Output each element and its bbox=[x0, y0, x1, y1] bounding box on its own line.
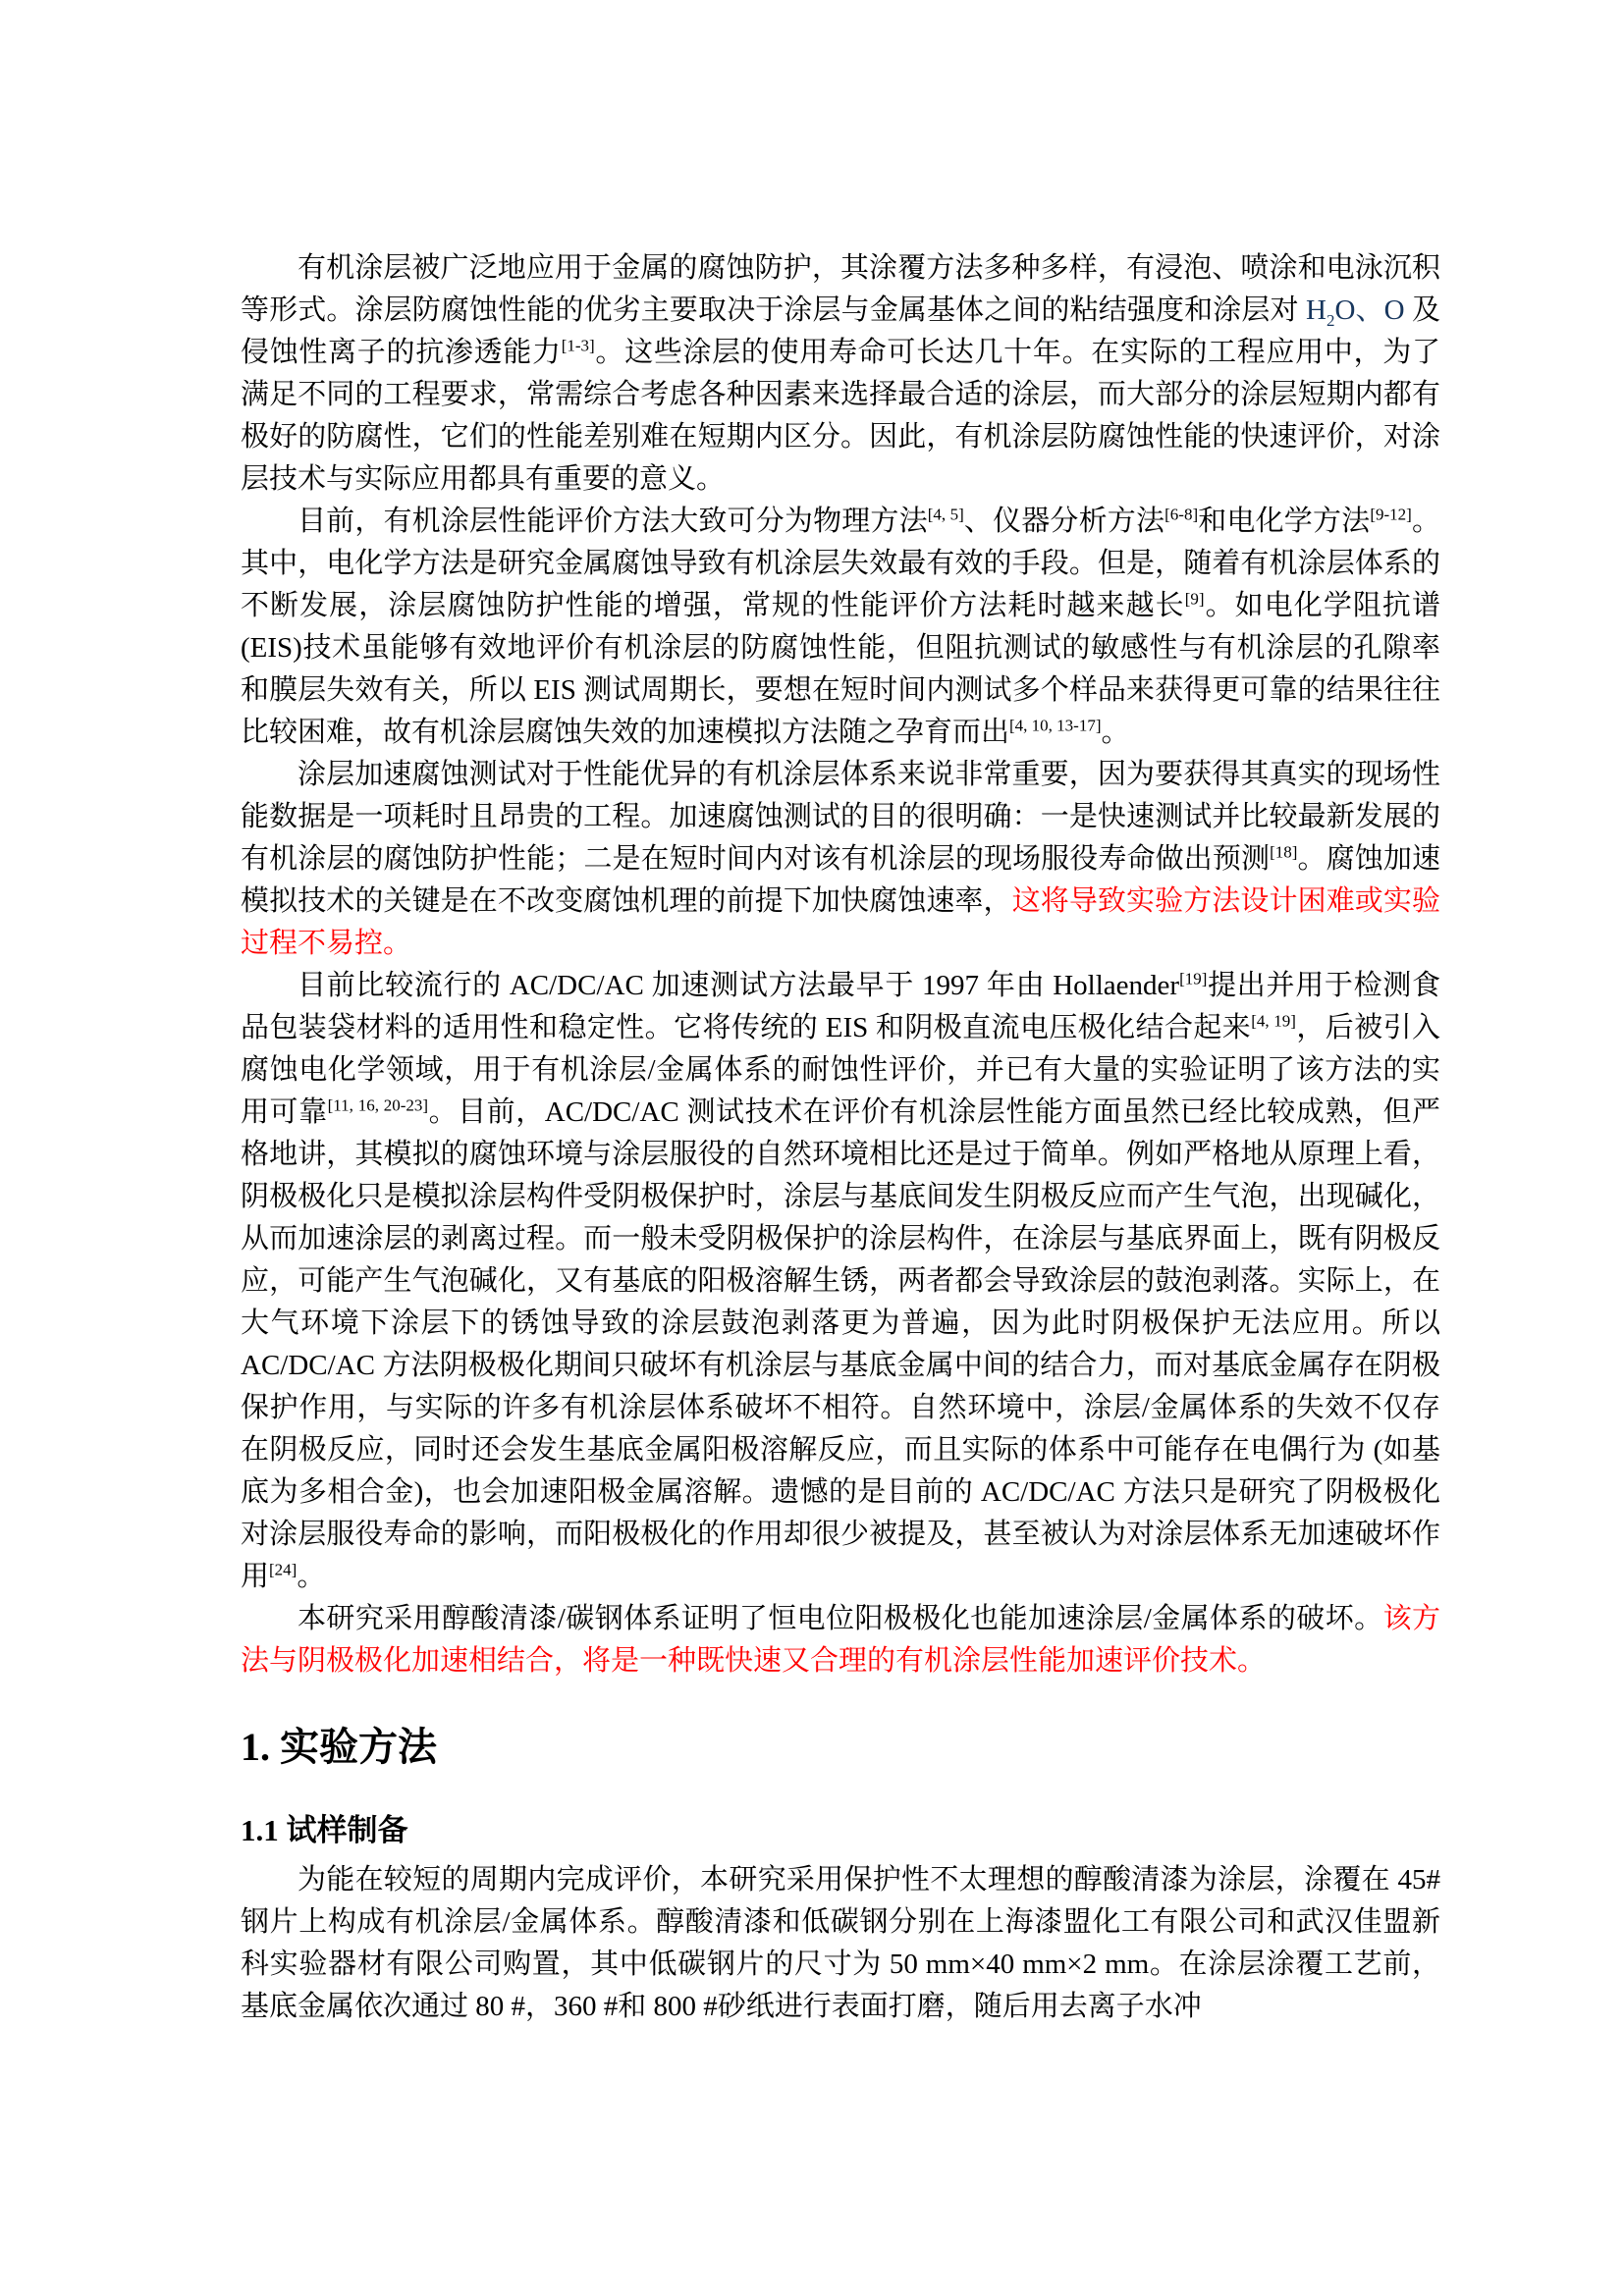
intro-paragraph-1: 有机涂层被广泛地应用于金属的腐蚀防护，其涂覆方法多种多样，有浸泡、喷涂和电泳沉积… bbox=[241, 247, 1440, 501]
citation-superscript: [9] bbox=[1185, 589, 1205, 608]
intro-paragraph-4: 目前比较流行的 AC/DC/AC 加速测试方法最早于 1997 年由 Holla… bbox=[241, 965, 1440, 1598]
text-segment: 1. 实验方法 bbox=[241, 1725, 437, 1769]
text-segment: 。 bbox=[297, 1561, 325, 1592]
citation-superscript: [11, 16, 20-23] bbox=[328, 1095, 428, 1114]
text-segment: 本研究采用醇酸清漆/碳钢体系证明了恒电位阳极极化也能加速涂层/金属体系的破坏。 bbox=[298, 1603, 1383, 1634]
citation-superscript: [6-8] bbox=[1164, 505, 1198, 523]
text-segment: 。 bbox=[1102, 717, 1130, 748]
methods-paragraph-1: 为能在较短的周期内完成评价，本研究采用保护性不太理想的醇酸清漆为涂层，涂覆在 4… bbox=[241, 1859, 1440, 2028]
intro-paragraph-3: 涂层加速腐蚀测试对于性能优异的有机涂层体系来说非常重要，因为要获得其真实的现场性… bbox=[241, 754, 1440, 965]
citation-superscript: [24] bbox=[269, 1560, 297, 1578]
citation-superscript: [4, 19] bbox=[1251, 1011, 1296, 1030]
text-segment: 目前，有机涂层性能评价方法大致可分为物理方法 bbox=[298, 506, 928, 537]
intro-paragraph-2: 目前，有机涂层性能评价方法大致可分为物理方法[4, 5]、仪器分析方法[6-8]… bbox=[241, 501, 1440, 754]
text-segment: 为能在较短的周期内完成评价，本研究采用保护性不太理想的醇酸清漆为涂层，涂覆在 4… bbox=[241, 1864, 1440, 2022]
citation-superscript: [4, 5] bbox=[928, 505, 964, 523]
text-segment: O、O bbox=[1334, 294, 1404, 326]
text-segment: 、仪器分析方法 bbox=[964, 506, 1164, 537]
subsection-heading-sample-preparation: 1.1 试样制备 bbox=[241, 1808, 1440, 1853]
citation-superscript: [18] bbox=[1270, 842, 1297, 861]
text-segment: 涂层加速腐蚀测试对于性能优异的有机涂层体系来说非常重要，因为要获得其真实的现场性… bbox=[241, 759, 1440, 875]
section-heading-methods: 1. 实验方法 bbox=[241, 1722, 1440, 1773]
text-segment: H bbox=[1306, 294, 1326, 326]
citation-superscript: [1-3] bbox=[562, 336, 595, 354]
paper-page: 有机涂层被广泛地应用于金属的腐蚀防护，其涂覆方法多种多样，有浸泡、喷涂和电泳沉积… bbox=[0, 0, 1624, 2296]
citation-superscript: [19] bbox=[1179, 969, 1207, 988]
text-segment: 和电化学方法 bbox=[1198, 506, 1370, 537]
citation-superscript: [4, 10, 13-17] bbox=[1009, 716, 1101, 734]
intro-paragraph-5: 本研究采用醇酸清漆/碳钢体系证明了恒电位阳极极化也能加速涂层/金属体系的破坏。该… bbox=[241, 1598, 1440, 1682]
text-segment: 目前比较流行的 AC/DC/AC 加速测试方法最早于 1997 年由 Holla… bbox=[298, 970, 1179, 1001]
text-segment: 。目前，AC/DC/AC 测试技术在评价有机涂层性能方面虽然已经比较成熟，但严格… bbox=[241, 1096, 1440, 1592]
text-segment: 1.1 试样制备 bbox=[241, 1813, 408, 1847]
document-body: 有机涂层被广泛地应用于金属的腐蚀防护，其涂覆方法多种多样，有浸泡、喷涂和电泳沉积… bbox=[241, 247, 1440, 2028]
citation-superscript: [9-12] bbox=[1370, 505, 1411, 523]
text-segment: 有机涂层被广泛地应用于金属的腐蚀防护，其涂覆方法多种多样，有浸泡、喷涂和电泳沉积… bbox=[241, 252, 1440, 326]
